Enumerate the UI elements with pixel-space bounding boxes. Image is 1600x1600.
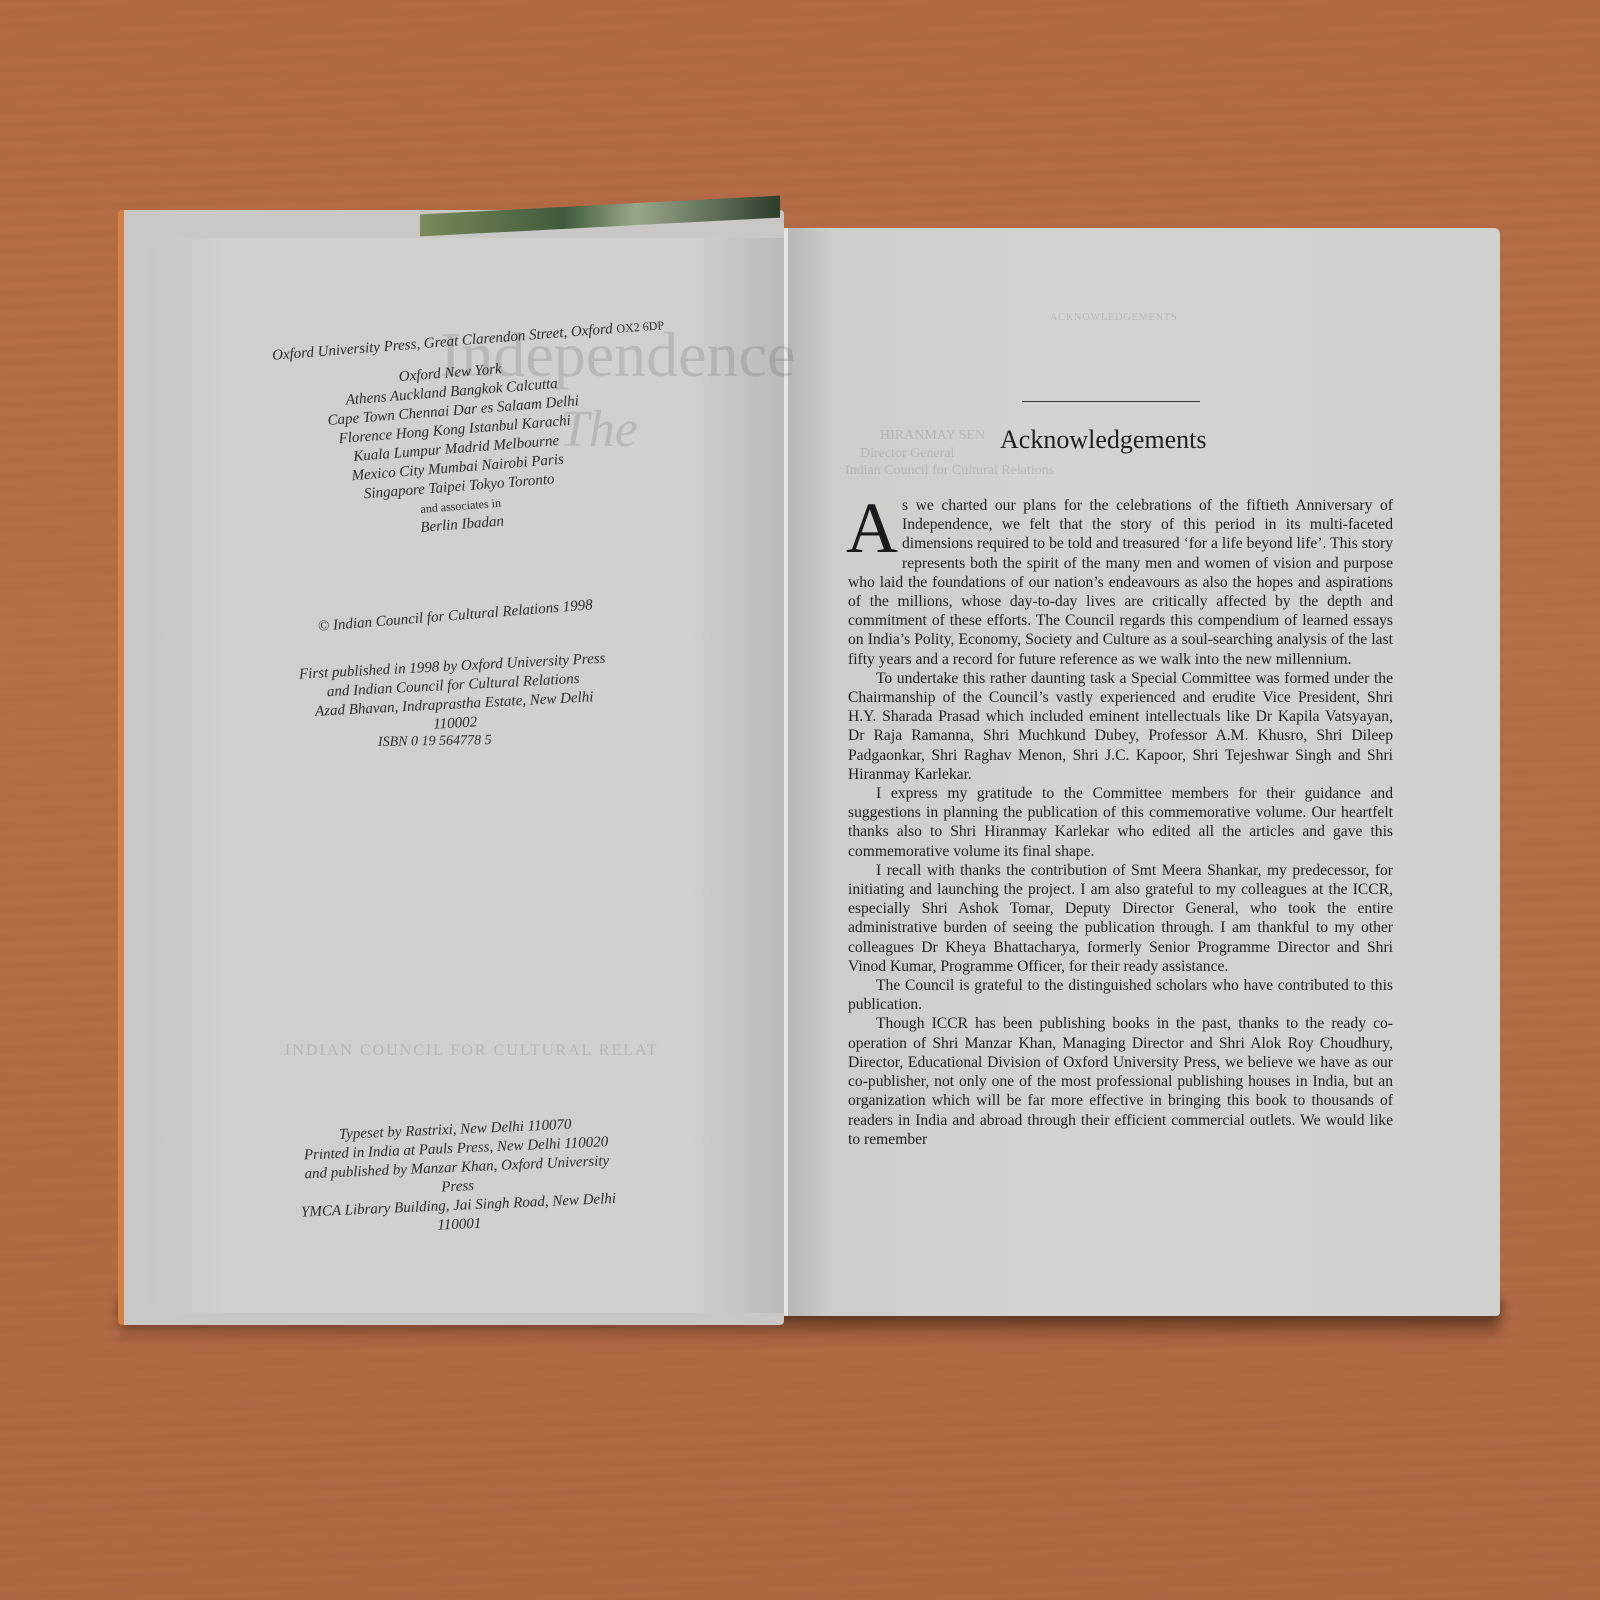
- ghost-signature-1: HIRANMAY SEN: [880, 428, 985, 444]
- drop-cap: A: [846, 500, 898, 556]
- ghost-header: ACKNOWLEDGEMENTS: [1050, 312, 1178, 323]
- printer-info: Typeset by Rastrixi, New Delhi 110070 Pr…: [290, 1114, 625, 1242]
- page-title: Acknowledgements: [1000, 425, 1207, 455]
- city-list: Oxford New York Athens Auckland Bangkok …: [300, 352, 612, 546]
- paragraph: Though ICCR has been publishing books in…: [848, 1014, 1393, 1148]
- isbn: ISBN 0 19 564778 5: [378, 733, 492, 751]
- paragraph: I express my gratitude to the Committee …: [848, 784, 1393, 861]
- paragraph: To undertake this rather daunting task a…: [848, 669, 1393, 784]
- postcode: OX2 6DP: [616, 318, 665, 336]
- paragraph: As we charted our plans for the celebrat…: [848, 496, 1393, 669]
- ghost-signature-2: Director General: [860, 446, 954, 462]
- ghost-footer: INDIAN COUNCIL FOR CULTURAL RELAT: [285, 1042, 659, 1060]
- acknowledgements-body: As we charted our plans for the celebrat…: [848, 496, 1393, 1149]
- paragraph: The Council is grateful to the distingui…: [848, 976, 1393, 1014]
- heading-rule: [1022, 401, 1200, 402]
- paragraph: I recall with thanks the contribution of…: [848, 861, 1393, 976]
- paragraph-text: s we charted our plans for the celebrati…: [848, 497, 1393, 668]
- ghost-signature-3: Indian Council for Cultural Relations: [845, 463, 1054, 479]
